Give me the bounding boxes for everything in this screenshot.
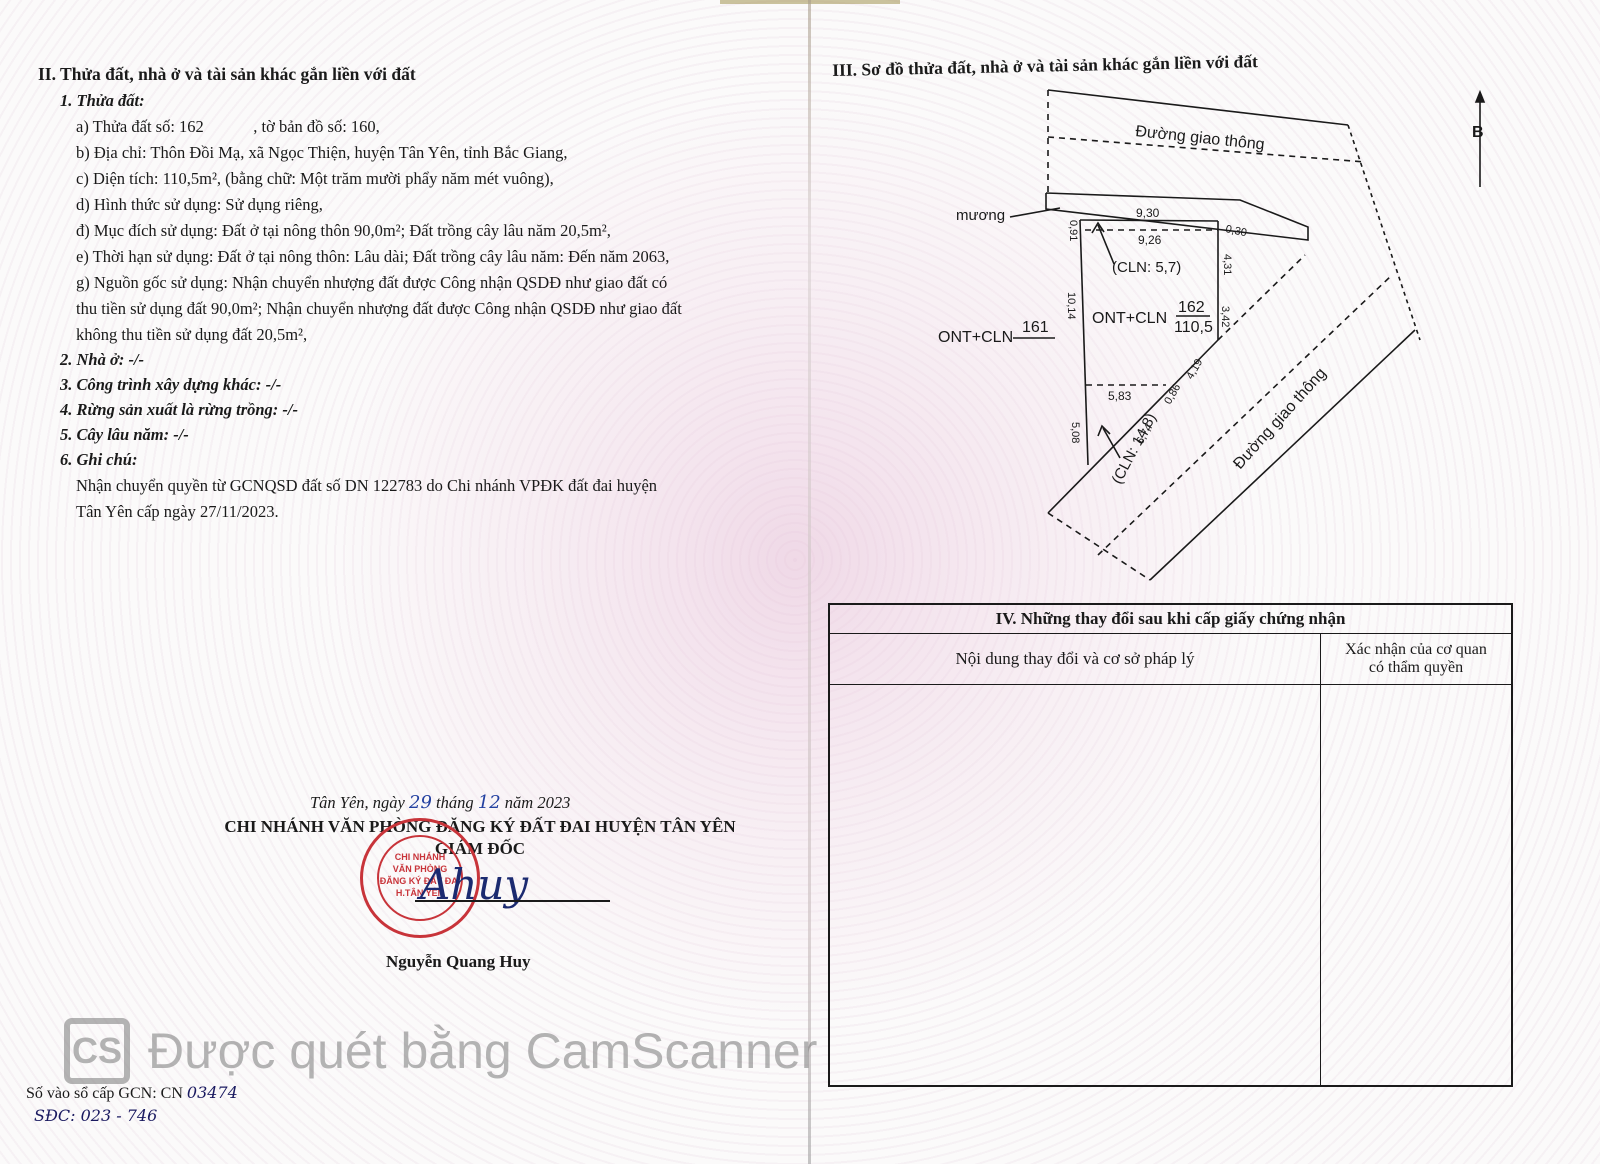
usage-origin-3: không thu tiền sử dụng đất 20,5m², [76, 324, 768, 345]
parcel-heading: 1. Thửa đất: [60, 91, 768, 111]
north-label: B [1472, 124, 1484, 141]
cln-bottom-label: (CLN: 14,8) [1109, 410, 1160, 486]
parcel-162-area: 110,5 [1174, 319, 1213, 336]
dim-label: 5,08 [1069, 422, 1081, 443]
parcel-161-number: 161 [1022, 319, 1049, 336]
dim-label: 10,14 [1065, 292, 1077, 320]
usage-term: e) Thời hạn sử dụng: Đất ở tại nông thôn… [76, 246, 768, 267]
issue-month: 12 [478, 792, 501, 813]
signer-name: Nguyễn Quang Huy [386, 952, 531, 972]
left-page: II. Thửa đất, nhà ở và tài sản khác gắn … [38, 64, 768, 527]
parcel-diagram: B Đường giao thông Đường giao thông mươn… [820, 80, 1560, 600]
camscanner-logo-icon: CS [64, 1018, 130, 1084]
dim-label: 9,26 [1138, 233, 1162, 247]
forest-item: 4. Rừng sản xuất là rừng trồng: -/- [60, 400, 768, 420]
changes-table-body [830, 685, 1511, 1087]
cln-top-label: (CLN: 5,7) [1112, 259, 1181, 276]
ditch-label: mương [956, 207, 1005, 224]
authority-confirmation-cell [1321, 685, 1511, 1087]
notes-line-2: Tân Yên cấp ngày 27/11/2023. [76, 501, 768, 522]
column-authority-confirmation: Xác nhận của cơ quan có thẩm quyền [1321, 634, 1511, 684]
issue-date: Tân Yên, ngày 29 tháng 12 năm 2023 [310, 792, 770, 813]
dim-label: 9,30 [1136, 206, 1160, 220]
perennial-item: 5. Cây lâu năm: -/- [60, 425, 768, 445]
changes-content-cell [830, 685, 1321, 1087]
column-change-content: Nội dung thay đổi và cơ sở pháp lý [830, 634, 1321, 684]
parcel-area: c) Diện tích: 110,5m², (bằng chữ: Một tr… [76, 168, 768, 189]
issue-day: 29 [409, 792, 432, 813]
sdc-number: SĐC: 023 - 746 [34, 1106, 157, 1125]
house-item: 2. Nhà ở: -/- [60, 350, 768, 370]
dim-label: 4,31 [1221, 254, 1233, 275]
dim-label: 5,83 [1108, 389, 1132, 403]
parcel-161-use: ONT+CLN [938, 329, 1013, 346]
usage-origin-1: g) Nguồn gốc sử dụng: Nhận chuyển nhượng… [76, 272, 768, 293]
parcel-162-use: ONT+CLN [1092, 310, 1167, 327]
usage-purpose: đ) Mục đích sử dụng: Đất ở tại nông thôn… [76, 220, 768, 241]
section-ii-title: II. Thửa đất, nhà ở và tài sản khác gắn … [38, 64, 768, 85]
signer-role: GIÁM ĐỐC [190, 839, 770, 859]
signature-block: Tân Yên, ngày 29 tháng 12 năm 2023 CHI N… [190, 792, 770, 859]
usage-origin-2: thu tiền sử dụng đất 90,0m²; Nhận chuyển… [76, 298, 768, 319]
page-fold [808, 0, 811, 1164]
other-works-item: 3. Công trình xây dựng khác: -/- [60, 375, 768, 395]
parcel-number: a) Thửa đất số: 162 , tờ bản đồ số: 160, [76, 116, 768, 137]
notes-line-1: Nhận chuyển quyền từ GCNQSD đất số DN 12… [76, 475, 768, 496]
dim-label: 4,19 [1184, 357, 1205, 382]
road-label-top: Đường giao thông [1135, 123, 1266, 153]
notes-heading: 6. Ghi chú: [60, 450, 768, 470]
changes-table: IV. Những thay đổi sau khi cấp giấy chứn… [828, 603, 1513, 1087]
dim-label: 0,91 [1067, 220, 1079, 241]
issuing-office: CHI NHÁNH VĂN PHÒNG ĐĂNG KÝ ĐẤT ĐAI HUYỆ… [190, 817, 770, 837]
watermark-text: Được quét bằng CamScanner [148, 1022, 817, 1080]
parcel-162-number: 162 [1178, 299, 1205, 316]
signature-underline [415, 900, 610, 902]
changes-table-title: IV. Những thay đổi sau khi cấp giấy chứn… [830, 605, 1511, 634]
dim-label: 3,42 [1219, 306, 1231, 327]
usage-form: d) Hình thức sử dụng: Sử dụng riêng, [76, 194, 768, 215]
parcel-address: b) Địa chỉ: Thôn Đồi Mạ, xã Ngọc Thiện, … [76, 142, 768, 163]
register-number: Số vào sổ cấp GCN: CN 03474 [26, 1083, 238, 1103]
camscanner-watermark: CS Được quét bằng CamScanner [64, 1018, 817, 1084]
changes-table-header: Nội dung thay đổi và cơ sở pháp lý Xác n… [830, 634, 1511, 685]
dim-label: 0,30 [1224, 223, 1247, 239]
